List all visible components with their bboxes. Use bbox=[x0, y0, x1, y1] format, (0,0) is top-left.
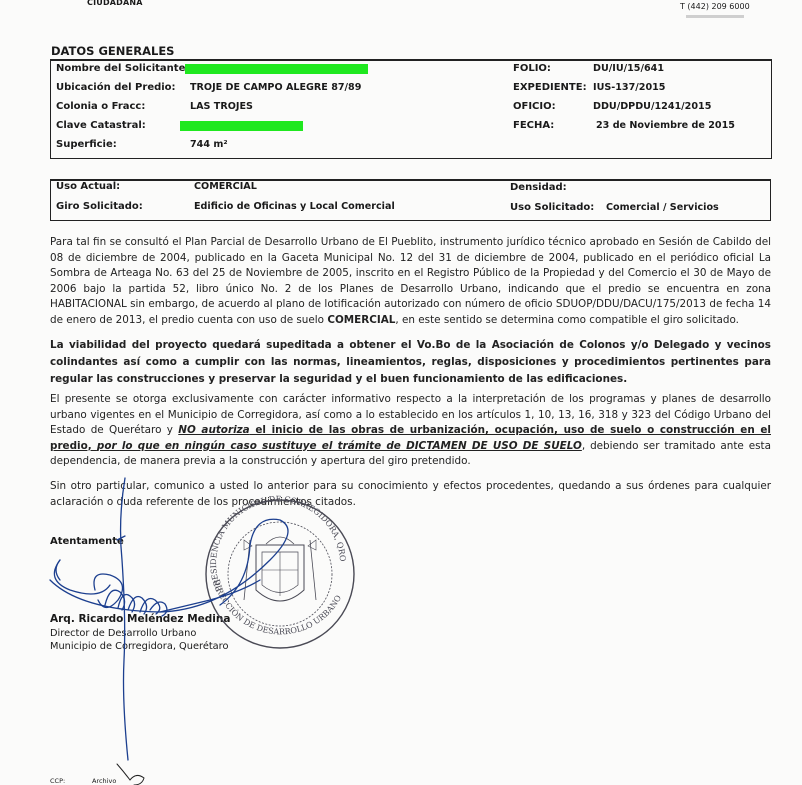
section-title: DATOS GENERALES bbox=[51, 44, 174, 58]
official-seal-icon bbox=[206, 500, 354, 648]
p3-dictamen-text: por lo que en ningún caso sustituye el t… bbox=[97, 440, 582, 452]
label-expediente: EXPEDIENTE: bbox=[513, 82, 587, 93]
label-nombre-solicitante: Nombre del Solicitante: bbox=[56, 63, 189, 74]
ccp-value: Archivo bbox=[92, 777, 116, 785]
value-uso-actual: COMERCIAL bbox=[194, 181, 257, 192]
ccp-label: CCP: bbox=[50, 777, 65, 785]
p1-bold-comercial: COMERCIAL bbox=[327, 314, 395, 326]
label-uso-solicitado: Uso Solicitado: bbox=[510, 202, 594, 213]
value-uso-solicitado: Comercial / Servicios bbox=[606, 202, 719, 213]
value-folio: DU/IU/15/641 bbox=[593, 63, 664, 74]
header-left-text: CIUDADANA bbox=[87, 0, 143, 7]
use-data-box bbox=[50, 179, 771, 221]
paragraph-sin-otro-particular: Sin otro particular, comunico a usted lo… bbox=[50, 479, 771, 510]
label-densidad: Densidad: bbox=[510, 182, 567, 193]
value-superficie: 744 m² bbox=[190, 139, 228, 150]
label-superficie: Superficie: bbox=[56, 139, 117, 150]
value-ubicacion: TROJE DE CAMPO ALEGRE 87/89 bbox=[190, 82, 361, 93]
header-phone: T (442) 209 6000 bbox=[680, 2, 750, 11]
label-uso-actual: Uso Actual: bbox=[56, 181, 120, 192]
initials-mark-icon bbox=[117, 764, 144, 785]
seal-bottom-text: DIRECCIÓN DE DESARROLLO URBANO bbox=[212, 578, 343, 636]
paragraph-viabilidad: La viabilidad del proyecto quedará suped… bbox=[50, 337, 771, 388]
closing-atentamente: Atentamente bbox=[50, 536, 124, 547]
value-colonia: LAS TROJES bbox=[190, 101, 253, 112]
p1-text-a: Para tal fin se consultó el Plan Parcial… bbox=[50, 236, 771, 326]
signer-title: Director de Desarrollo Urbano bbox=[50, 628, 196, 639]
value-expediente: IUS-137/2015 bbox=[593, 82, 665, 93]
paragraph-caracter-informativo: El presente se otorga exclusivamente con… bbox=[50, 392, 771, 470]
label-ubicacion: Ubicación del Predio: bbox=[56, 82, 176, 93]
label-giro-solicitado: Giro Solicitado: bbox=[56, 201, 143, 212]
p1-text-b: , en este sentido se determina como comp… bbox=[395, 314, 739, 326]
signer-organization: Municipio de Corregidora, Querétaro bbox=[50, 641, 229, 652]
redacted-clave-catastral bbox=[180, 121, 303, 131]
redacted-nombre bbox=[185, 64, 368, 74]
header-faded-line bbox=[686, 15, 744, 18]
signer-name: Arq. Ricardo Meléndez Medina bbox=[50, 613, 230, 625]
label-folio: FOLIO: bbox=[513, 63, 551, 74]
label-fecha: FECHA: bbox=[513, 120, 554, 131]
value-fecha: 23 de Noviembre de 2015 bbox=[596, 120, 735, 131]
paragraph-consulta-plan: Para tal fin se consultó el Plan Parcial… bbox=[50, 235, 771, 329]
p3-no-autoriza: NO autoriza bbox=[178, 424, 249, 436]
value-giro-solicitado: Edificio de Oficinas y Local Comercial bbox=[194, 201, 395, 212]
label-colonia: Colonia o Fracc: bbox=[56, 101, 145, 112]
label-oficio: OFICIO: bbox=[513, 101, 556, 112]
value-oficio: DDU/DPDU/1241/2015 bbox=[593, 101, 711, 112]
label-clave-catastral: Clave Catastral: bbox=[56, 120, 146, 131]
